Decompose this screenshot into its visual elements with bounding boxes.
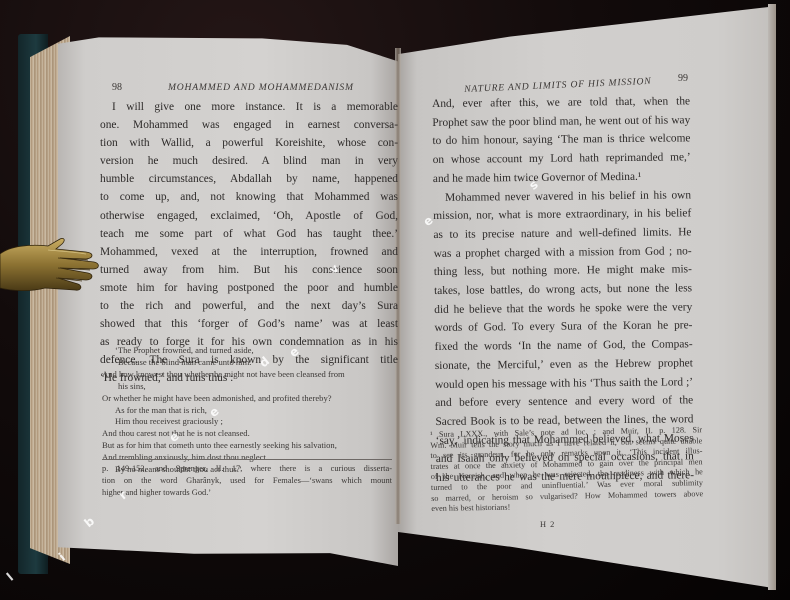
sura-verse-quote: ‘The Prophet frowned, and turned aside,B… xyxy=(102,345,392,476)
text-line: otherwise engaged, exclaimed, ‘Oh, Apost… xyxy=(100,207,398,225)
left-folio: 98 xyxy=(112,82,122,93)
text-line: humble circumstances, Abdallah by name, … xyxy=(100,170,398,188)
text-line: to come up, and, not knowing that Mohamm… xyxy=(100,188,398,206)
footnote-rule xyxy=(102,459,392,460)
text-line: as to its precise nature and well-define… xyxy=(433,223,691,244)
text-line: higher and higher towards God.’ xyxy=(102,487,392,499)
verse-line: Him thou receivest graciously ; xyxy=(102,416,392,428)
text-line: showed that this ‘forger of God’s name’ … xyxy=(100,315,398,333)
right-page-edge xyxy=(768,4,776,590)
text-line: version he much desired. A blind man in … xyxy=(100,152,398,170)
text-line: fixed the words ‘In the name of God, the… xyxy=(435,335,693,356)
text-line: tion with Wallid, a powerful Koreishite,… xyxy=(100,134,398,152)
verse-line: As for the man that is rich, xyxy=(102,405,392,417)
verse-line: And how knowest thou whether he might no… xyxy=(102,369,392,381)
verse-line: Because the blind man came unto him. xyxy=(102,357,392,369)
text-line: teach me some part of what God has taugh… xyxy=(100,225,398,243)
verse-line: his sins, xyxy=(102,381,392,393)
signature-mark: H 2 xyxy=(540,520,555,529)
verse-line: And thou carest not that he is not clean… xyxy=(102,428,392,440)
text-line: takes, lose battles, do wrong acts, but … xyxy=(434,279,692,300)
text-line: on whose account my Lord hath reprimande… xyxy=(433,148,691,169)
text-line: to the rich and powerful, and the next d… xyxy=(100,297,398,315)
text-line: one. Mohammed was engaged in earnest con… xyxy=(100,116,398,134)
text-line: p. 149-152, and Sprenger, II. 17, where … xyxy=(102,463,392,475)
text-line: smote him for having postponed the poor … xyxy=(100,279,398,297)
text-line: Mohammed, vexed at the interruption, fro… xyxy=(100,243,398,261)
text-line: And, ever after this, we are told that, … xyxy=(432,92,690,113)
left-running-head: MOHAMMED AND MOHAMMEDANISM xyxy=(168,82,354,93)
right-folio: 99 xyxy=(678,73,688,84)
right-footnote: ¹ Sura LXXX., with Sale’s note ad loc. ;… xyxy=(430,425,703,514)
verse-line: But as for him that cometh unto thee ear… xyxy=(102,440,392,452)
text-line: tion on the word Gharânyk, used for Fema… xyxy=(102,475,392,487)
text-line: sionate, the Merciful,’ even as the Hebr… xyxy=(435,354,693,375)
text-line: I will give one more instance. It is a m… xyxy=(100,98,398,116)
text-line: turned away from him. But his conscience… xyxy=(100,261,398,279)
brass-hand-bookmark-icon xyxy=(0,236,100,306)
verse-line: Or whether he might have been admonished… xyxy=(102,393,392,405)
verse-line: ‘The Prophet frowned, and turned aside, xyxy=(102,345,392,357)
left-footnote: p. 149-152, and Sprenger, II. 17, where … xyxy=(102,463,392,498)
